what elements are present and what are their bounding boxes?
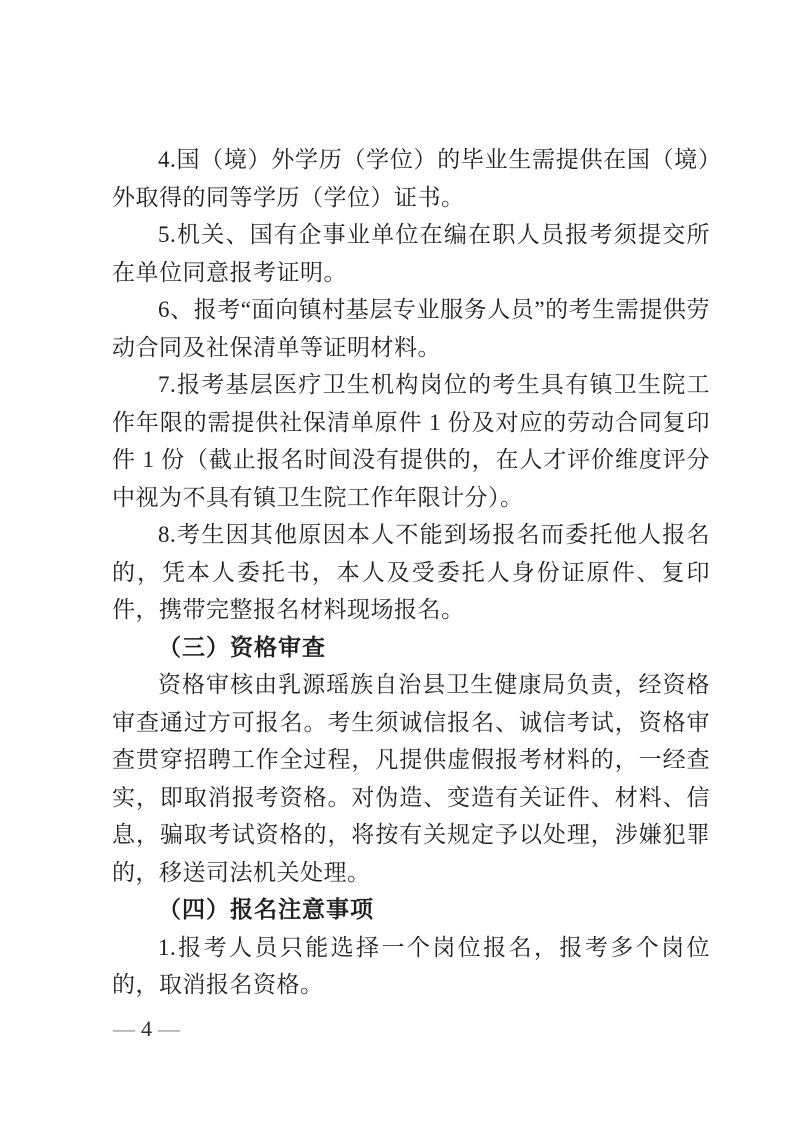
paragraph-item-8: 8.考生因其他原因本人不能到场报名而委托他人报名的，凭本人委托书，本人及受委托人… — [112, 516, 710, 629]
page-number-dash-left: — — [113, 1016, 139, 1041]
page-number-dash-right: — — [158, 1016, 184, 1041]
paragraph-item-6: 6、报考“面向镇村基层专业服务人员”的考生需提供劳动合同及社保清单等证明材料。 — [112, 291, 710, 366]
paragraph-qualification-review-body: 资格审核由乳源瑶族自治县卫生健康局负责，经资格审查通过方可报名。考生须诚信报名、… — [112, 666, 710, 891]
page-number-value: 4 — [139, 1016, 158, 1041]
paragraph-item-5: 5.机关、国有企事业单位在编在职人员报考须提交所在单位同意报考证明。 — [112, 216, 710, 291]
section-heading-registration-notes: （四）报名注意事项 — [112, 891, 710, 929]
paragraph-registration-note-1: 1.报考人员只能选择一个岗位报名，报考多个岗位的，取消报名资格。 — [112, 929, 710, 1004]
document-page: 4.国（境）外学历（学位）的毕业生需提供在国（境）外取得的同等学历（学位）证书。… — [0, 0, 800, 1131]
paragraph-item-4: 4.国（境）外学历（学位）的毕业生需提供在国（境）外取得的同等学历（学位）证书。 — [112, 141, 710, 216]
document-body: 4.国（境）外学历（学位）的毕业生需提供在国（境）外取得的同等学历（学位）证书。… — [112, 141, 710, 1004]
section-heading-qualification-review: （三）资格审查 — [112, 629, 710, 667]
paragraph-item-7: 7.报考基层医疗卫生机构岗位的考生具有镇卫生院工作年限的需提供社保清单原件 1 … — [112, 366, 710, 516]
page-number: —4— — [113, 1014, 184, 1044]
